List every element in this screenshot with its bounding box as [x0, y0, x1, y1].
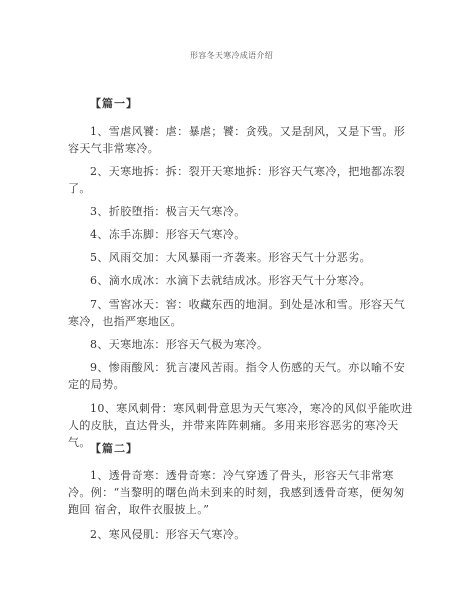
- section-heading-1: 【篇一】: [90, 95, 138, 111]
- idiom-item: 9、惨雨酸风：犹言凄风苦雨。指令人伤感的天气。亦以喻不安定的局势。: [68, 359, 416, 393]
- idiom-item: 2、寒风侵肌：形容天气寒冷。: [68, 526, 416, 543]
- idiom-item: 8、天寒地冻：形容天气极为寒冷。: [68, 336, 416, 353]
- idiom-item: 1、雪虐风饕：虐：暴虐；饕：贪残。又是刮风，又是下雪。形容天气非常寒冷。: [68, 123, 416, 157]
- idiom-item: 5、风雨交加：大风暴雨一齐袭来。形容天气十分恶劣。: [68, 249, 416, 266]
- idiom-item: 1、透骨奇寒：透骨奇寒：冷气穿透了骨头，形容天气非常寒冷。例：“当黎明的曙色尚未…: [68, 467, 416, 518]
- idiom-item: 2、天寒地拆：拆：裂开天寒地拆：形容天气寒冷，把地都冻裂了。: [68, 163, 416, 197]
- idiom-item: 6、滴水成冰：水滴下去就结成冰。形容天气十分寒冷。: [68, 272, 416, 289]
- idiom-item: 7、雪窖冰天：窖：收藏东西的地洞。到处是冰和雪。形容天气寒冷，也指严寒地区。: [68, 296, 416, 330]
- document-page: 形容冬天寒冷成语介绍 【篇一】 1、雪虐风饕：虐：暴虐；饕：贪残。又是刮风，又是…: [0, 0, 463, 600]
- document-title: 形容冬天寒冷成语介绍: [0, 50, 463, 61]
- section-heading-2: 【篇二】: [90, 440, 138, 456]
- idiom-item: 4、冻手冻脚：形容天气寒冷。: [68, 226, 416, 243]
- idiom-item: 3、折胶堕指：极言天气寒冷。: [68, 203, 416, 220]
